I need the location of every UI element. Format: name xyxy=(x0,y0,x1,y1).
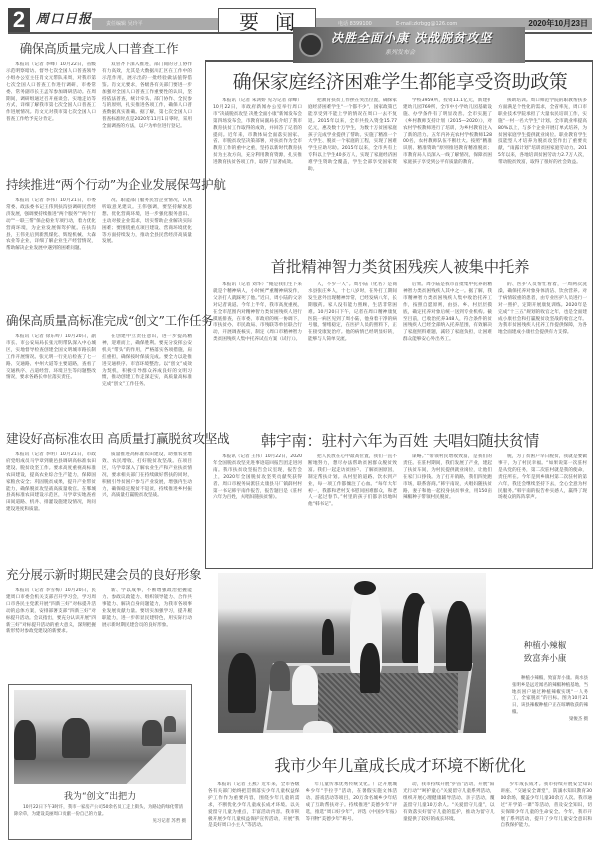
article-headline[interactable]: 充分展示新时期民建会员的良好形象 xyxy=(6,566,192,584)
article-text: 的、医护人员帮忙看着，一周两次洗澡，确保托养对象身体清洁、饮食营养。对于病情较重… xyxy=(498,282,587,426)
article-text: 况、职能部门服务民营企业情况，认真听取意见建议。王伟强调，要坚持解放思想、优化营… xyxy=(102,198,192,298)
article-text: 本报讯（记者 李伟）10月21日，市委常委、政法委书记王伟到扶沟县调研民营经济发… xyxy=(6,198,96,298)
article-text: 新、学以成事，不断增强政治把握能力、参政议政能力、组织领导能力、合作共事能力、解… xyxy=(102,588,192,658)
article-text: 把教育扶贫工作摆在突出位置，确保家庭经济困难学生“一个都不少”，国家政策已能享受… xyxy=(308,98,397,238)
article-farmland: 建设好高标准农田 高质量打赢脱贫攻坚战 本报讯（记者 李明）10月21日，市政府… xyxy=(6,430,192,560)
article-headline[interactable]: 确保高质量完成人口普查工作 xyxy=(6,40,192,58)
article-two-actions: 持续推进“两个行动”为企业发展保驾护航 本报讯（记者 李伟）10月21日，市委常… xyxy=(6,176,192,306)
issue-date: 2020年10月23日 xyxy=(528,18,588,30)
news-photo[interactable] xyxy=(14,690,186,784)
article-text: 质量推进高标准农田建设，助推农业增效、农民增收、打好脱贫攻坚战。在项目区，马学章… xyxy=(102,452,192,556)
article-body: 本报讯（记者 刘华）“俺是我们生下来就是个精神病人，小时候严重精神病发作，父亲打… xyxy=(213,282,587,426)
article-headline[interactable]: 首批精神智力类贫困残疾人被集中托养 xyxy=(215,256,585,278)
frame-rule xyxy=(205,60,297,62)
campaign-banner: 决胜全面小康 决战脱贫攻坚 系列发布会 xyxy=(293,27,525,63)
photo-caption-text: 种植小辣椒，致富奔小康。商水县张明乡是远近闻名的辣椒种植基地，当地贫困户通过种植… xyxy=(512,676,588,717)
article-text: 本报讯（记者 李峰）10月22日，省级示范明察暗访、督导七次全国人口普查领导小组… xyxy=(6,62,96,162)
banner-slogan: 决胜全面小康 决战脱贫攻坚 xyxy=(331,30,492,46)
photo-credit: 见习记者 苏哲 摄 xyxy=(14,818,186,824)
article-text: 本报讯（记者 朱鸿娇 见习记者 徐峰）10月22日，市政府新闻办公室举行周口市“… xyxy=(213,98,302,238)
photo-box-volunteers: 我为“创文”出把力 10月22日下午3时许，我市一家房产公司50余名员工走上街头… xyxy=(8,684,192,840)
article-text: 学校3959所，投资11.1亿元，新建扩建幼儿园769所，全市中小学幼儿园基础设… xyxy=(403,98,492,238)
frame-rule xyxy=(521,60,593,62)
article-text: 人，不少一人”。周小陆（化名）是商水县张庄乡人，十七八岁时，在外打工期间发生意外… xyxy=(308,282,397,426)
party-emblem-icon xyxy=(299,33,323,57)
article-census: 确保高质量完成人口普查工作 本报讯（记者 李峰）10月22日，省级示范明察暗访、… xyxy=(6,40,192,170)
article-democratic-league: 充分展示新时期民建会员的良好形象 本报讯（记者 李雪梅）10月20日，民建周口市… xyxy=(6,566,192,666)
article-text: 双管齐下深入推进，部门间的分工协作有力高效，尤其是大数据川汇区在工作中的示范作用… xyxy=(102,62,192,162)
article-headline[interactable]: 持续推进“两个行动”为企业发展保驾护航 xyxy=(6,176,192,194)
article-text: 年儿童传承优秀传统文化。广泛开展城乡少年“手拉手”活动，在暑假实施文体活动、游戏… xyxy=(306,782,398,842)
article-text: 援助培训。周口师范学院的职教帮扶多方面满足个性化的需求，全省率先，周口市职业技术… xyxy=(498,98,587,238)
article-text: 在创建中立责任意识，进一步提高精神，迎难而上，确保胜利。要充分发挥公安机关“带头… xyxy=(102,334,192,418)
article-text: 把人民放在心中最高位置，我们一直不断地努力，想尽办法帮助贫困群众脱贫致富。我们一… xyxy=(308,454,397,568)
photo-title: 我为“创文”出把力 xyxy=(14,790,186,804)
article-text: 后果。周小陆是我市首批集中托养的精神智力类贫困残疾人其中之一。据了解，我市精神智… xyxy=(403,282,492,426)
article-text: 本报讯（记者 徐东岭）10月20日，副市长、市公安局局长张元明带队深入中心城区，… xyxy=(6,334,96,418)
article-headline[interactable]: 我市少年儿童成长成才环境不断优化 xyxy=(205,754,595,778)
photo-caption: 种植小辣椒，致富奔小康。商水县张明乡是远近闻名的辣椒种植基地，当地贫困户通过种植… xyxy=(512,676,588,724)
article-body: 本报讯（记者 王燕）近年来，全市各级各有关部门始终把贯彻落实少年儿童权益保护工作… xyxy=(208,782,592,842)
photo-caption: 10月22日下午3时许，我市一家房产公司50余名员工走上街头，为路边的绿化带清除… xyxy=(14,804,186,818)
photo-title-line: 致富奔小康 xyxy=(500,653,590,666)
article-text: 本报讯（记者 李明）10月21日，市政府党组成员马学章到鹿邑县调研高标准农田建设… xyxy=(6,452,96,556)
lead-headline[interactable]: 确保家庭经济困难学生都能享受资助政策 xyxy=(215,68,585,96)
article-text: 脱，为了贫困户早日脱贫，我就是要做事干，为了村民幸福。“如果说第一次驻村是从党的… xyxy=(498,454,587,568)
photo-credit: 梁俊杰 摄 xyxy=(512,717,588,724)
article-headline[interactable]: 韩宇南：驻村六年为百姓 夫唱妇随扶贫情 xyxy=(215,430,585,452)
photo-title-line: 种植小辣椒 xyxy=(500,640,590,653)
article-text: 本报讯（记者 李雪梅）10月20日，民建周口市委会机关支部召开学习会，学习周口市… xyxy=(6,588,96,658)
article-headline[interactable]: 建设好高标准农田 高质量打赢脱贫攻坚战 xyxy=(6,430,192,448)
left-column: 确保高质量完成人口普查工作 本报讯（记者 李峰）10月22日，省级示范明察暗访、… xyxy=(6,38,192,672)
banner-subtitle: 系列发布会 xyxy=(385,48,415,57)
article-headline[interactable]: 确保高质量高标准完成“创文”工作任务 xyxy=(6,312,192,330)
lead-article-body: 本报讯（记者 朱鸿娇 见习记者 徐峰）10月22日，市政府新闻办公室举行周口市“… xyxy=(213,98,587,238)
page-number: 2 xyxy=(8,8,30,32)
article-civilization: 确保高质量高标准完成“创文”工作任务 本报讯（记者 徐东岭）10月20日，副市长… xyxy=(6,312,192,424)
article-text: 本报讯（记者 刘华）“俺是我们生下来就是个精神病人，小时候严重精神病发作，父亲打… xyxy=(213,282,302,426)
editor-bar: 责任编辑 吴玲平 xyxy=(92,18,218,30)
news-photo-chili[interactable] xyxy=(218,573,486,733)
article-text: 本报讯（记者 王燕）近年来，全市各级各有关部门始终把贯彻落实少年儿童权益保护工作… xyxy=(208,782,300,842)
article-body: 本报讯（记者 王伟）10月22日，2020年全国脱贫攻坚先进事迹巡回报告团走进河… xyxy=(213,454,587,568)
article-text: 少年成长成才。我市持续开展安全知识讲座、“交通安全课堂”，防溺水知识教育3000… xyxy=(501,782,593,842)
article-text: 本报讯（记者 王伟）10月22日，2020年全国脱贫攻坚先进事迹巡回报告团走进河… xyxy=(213,454,302,568)
editor-credit: 责任编辑 吴玲平 xyxy=(106,21,143,27)
article-text: 动，我市持续开展“护苗”活动，开展“阳光行动”“呵护童心”关爱留守儿童系列活动，… xyxy=(403,782,495,842)
article-text: 谋略。”“带领村民增收致富，是我们的责任。在驻村期间，我们发展了产业，建起了扶贫… xyxy=(403,454,492,568)
photo-side-title: 种植小辣椒 致富奔小康 xyxy=(500,640,590,666)
paper-name: 周口日报 xyxy=(36,11,92,29)
